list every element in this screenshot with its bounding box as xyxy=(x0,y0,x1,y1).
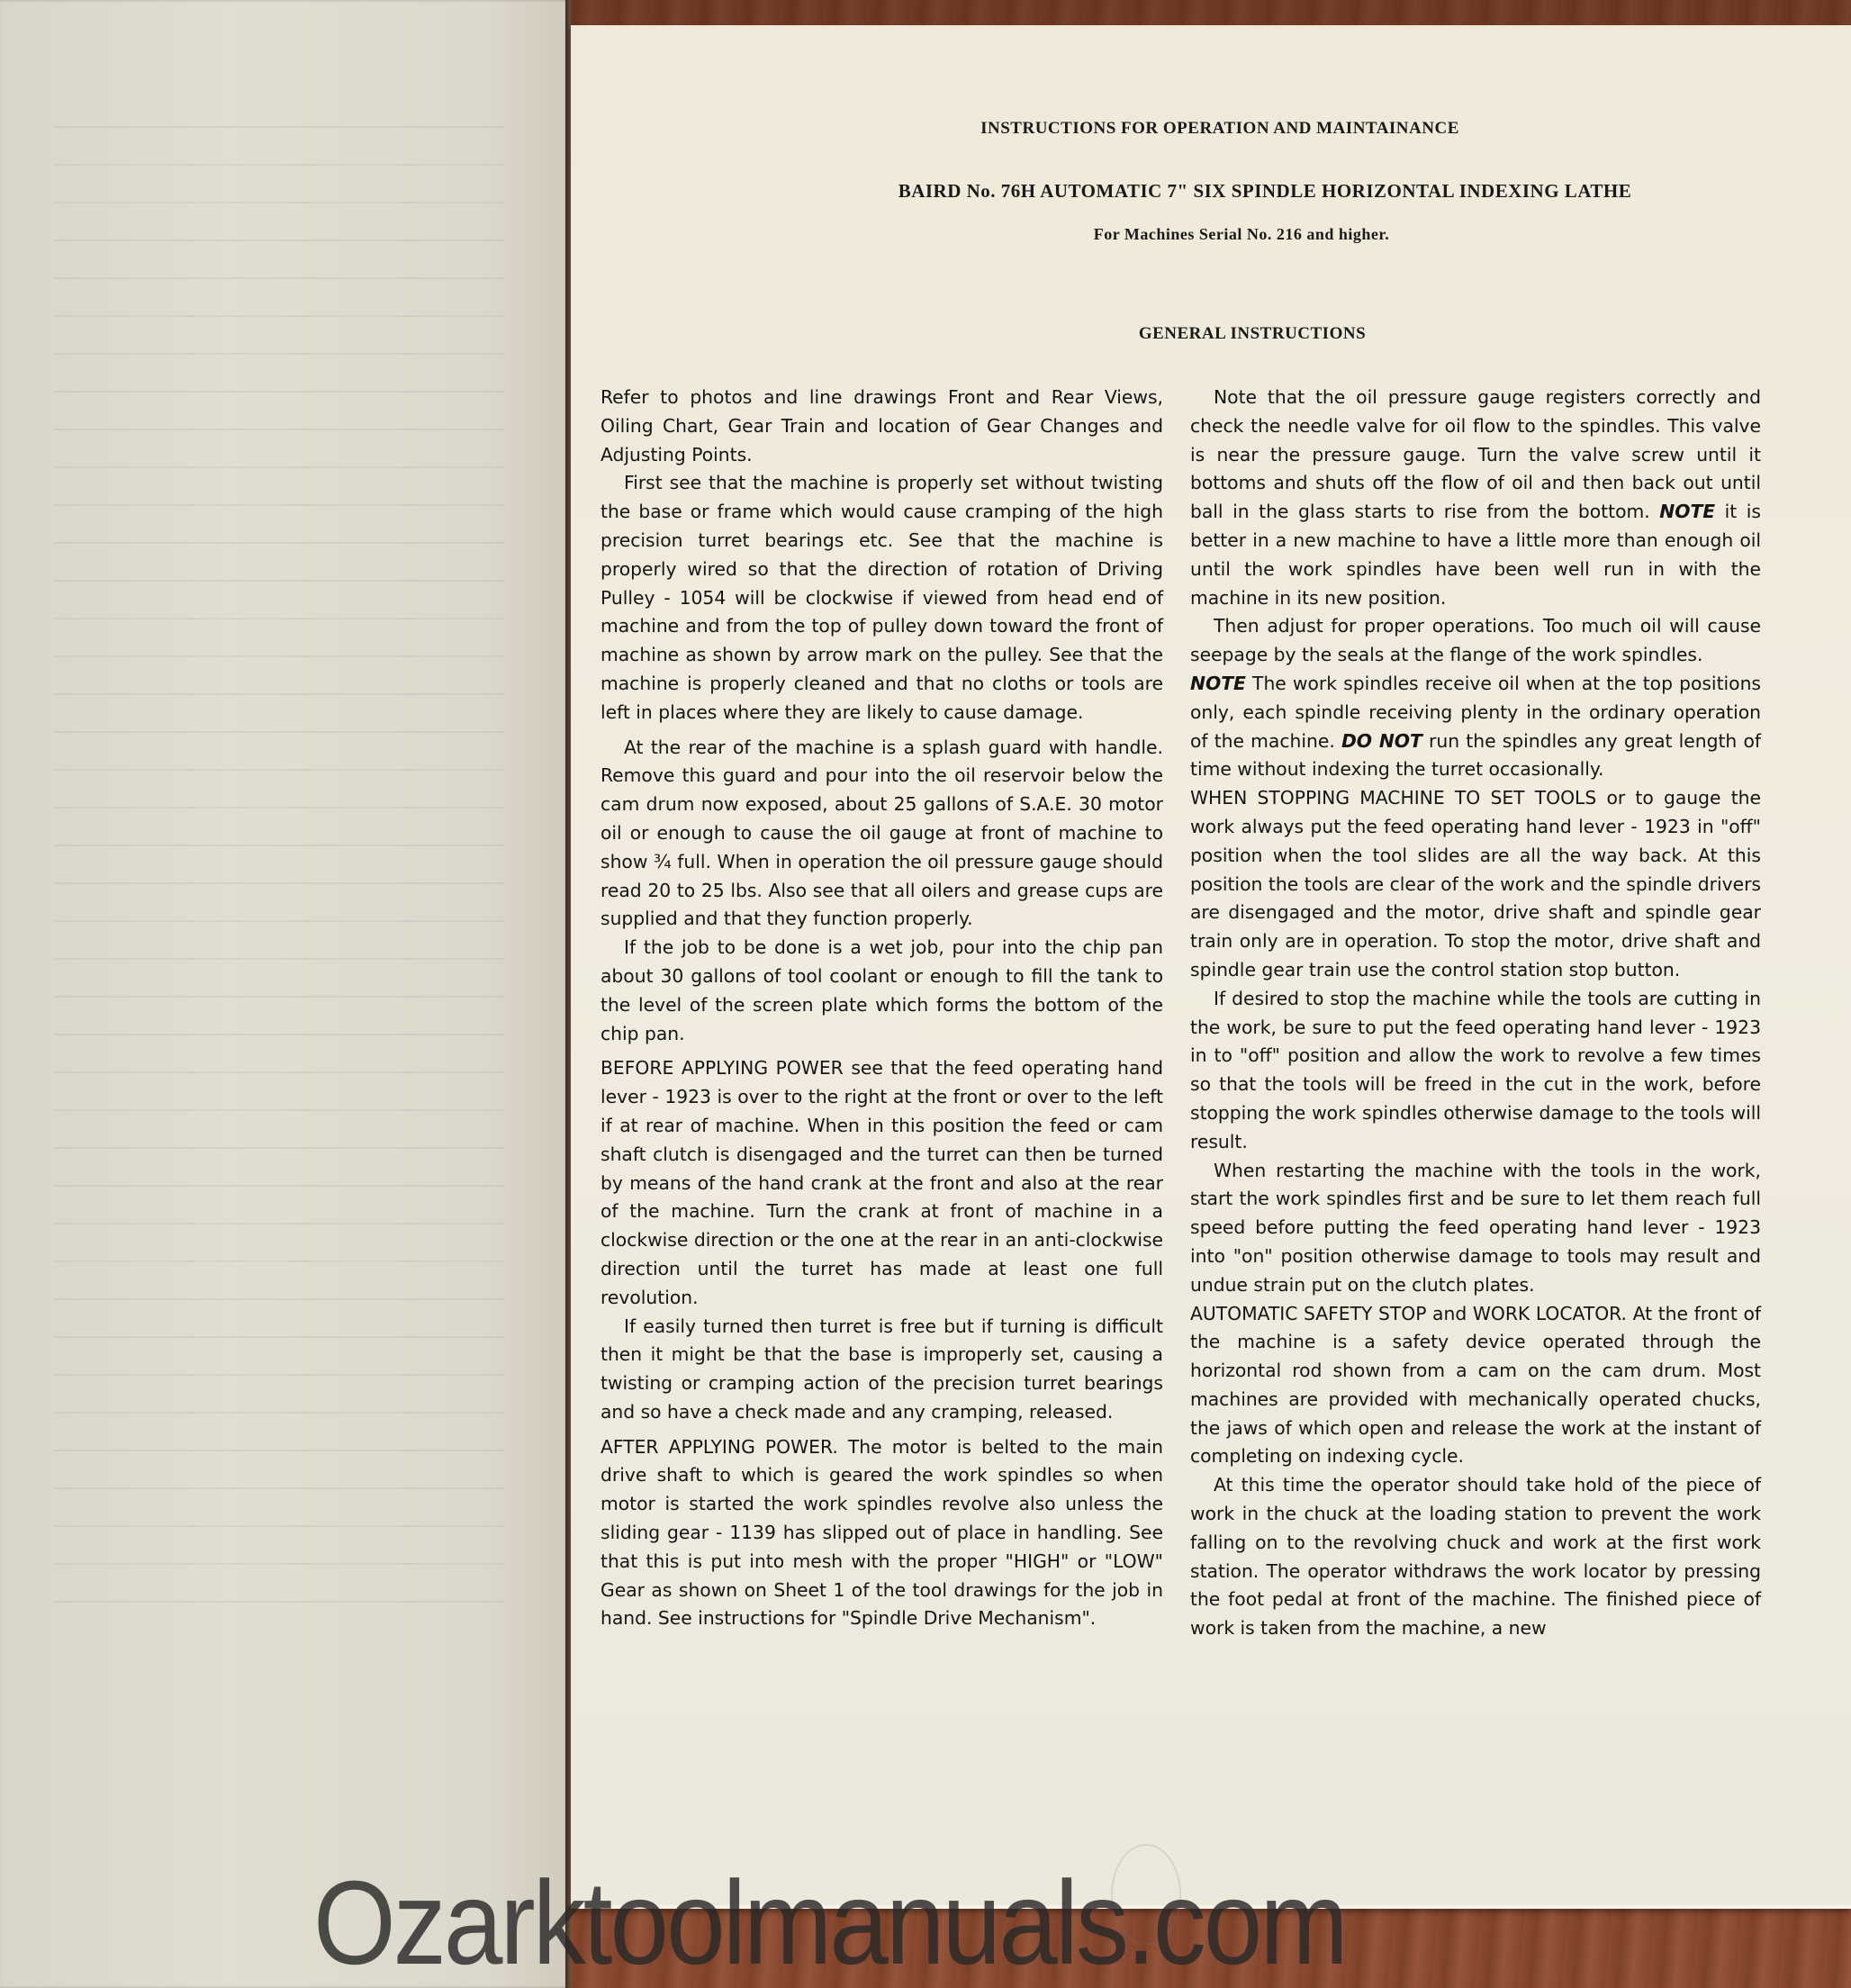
note-emphasis: NOTE xyxy=(1659,501,1715,522)
paragraph: At this time the operator should take ho… xyxy=(1190,1471,1761,1643)
paragraph-safety-stop: AUTOMATIC SAFETY STOP and WORK LOCATOR. … xyxy=(1190,1300,1761,1472)
paragraph-note: NOTE The work spindles receive oil when … xyxy=(1190,670,1761,784)
section-heading: GENERAL INSTRUCTIONS xyxy=(571,324,1851,344)
paragraph: When restarting the machine with the too… xyxy=(1190,1157,1761,1300)
section-lead: BEFORE APPLYING POWER xyxy=(600,1057,844,1079)
paragraph: Then adjust for proper operations. Too m… xyxy=(1190,612,1761,670)
paragraph: First see that the machine is properly s… xyxy=(600,469,1163,727)
paragraph: At the rear of the machine is a splash g… xyxy=(600,734,1163,935)
paragraph: If easily turned then turret is free but… xyxy=(600,1313,1163,1427)
paragraph-before-applying-power: BEFORE APPLYING POWER see that the feed … xyxy=(600,1054,1163,1312)
right-text-column: Note that the oil pressure gauge registe… xyxy=(1190,384,1761,1643)
machine-title: BAIRD No. 76H AUTOMATIC 7" SIX SPINDLE H… xyxy=(571,180,1851,203)
watermark: Ozarktoolmanuals.com xyxy=(313,1855,1346,1988)
left-page-blank xyxy=(0,0,569,1988)
paragraph-when-stopping: WHEN STOPPING MACHINE TO SET TOOLS or to… xyxy=(1190,784,1761,985)
do-not-emphasis: DO NOT xyxy=(1341,730,1422,752)
manual-page: INSTRUCTIONS FOR OPERATION AND MAINTAINA… xyxy=(571,25,1851,1909)
section-lead: AUTOMATIC SAFETY STOP and WORK LOCATOR. xyxy=(1190,1303,1627,1324)
section-lead: AFTER APPLYING POWER. xyxy=(600,1436,838,1458)
left-text-column: Refer to photos and line drawings Front … xyxy=(600,384,1163,1633)
paragraph: If the job to be done is a wet job, pour… xyxy=(600,934,1163,1048)
paragraph: Refer to photos and line drawings Front … xyxy=(600,384,1163,469)
note-emphasis: NOTE xyxy=(1190,673,1246,694)
paragraph: If desired to stop the machine while the… xyxy=(1190,985,1761,1157)
paragraph-after-applying-power: AFTER APPLYING POWER. The motor is belte… xyxy=(600,1433,1163,1634)
serial-note: For Machines Serial No. 216 and higher. xyxy=(571,225,1851,244)
paragraph: Note that the oil pressure gauge registe… xyxy=(1190,384,1761,612)
section-lead: WHEN STOPPING MACHINE TO SET TOOLS xyxy=(1190,787,1596,809)
bleed-through-drawing xyxy=(54,108,504,1639)
document-title: INSTRUCTIONS FOR OPERATION AND MAINTAINA… xyxy=(571,119,1851,139)
